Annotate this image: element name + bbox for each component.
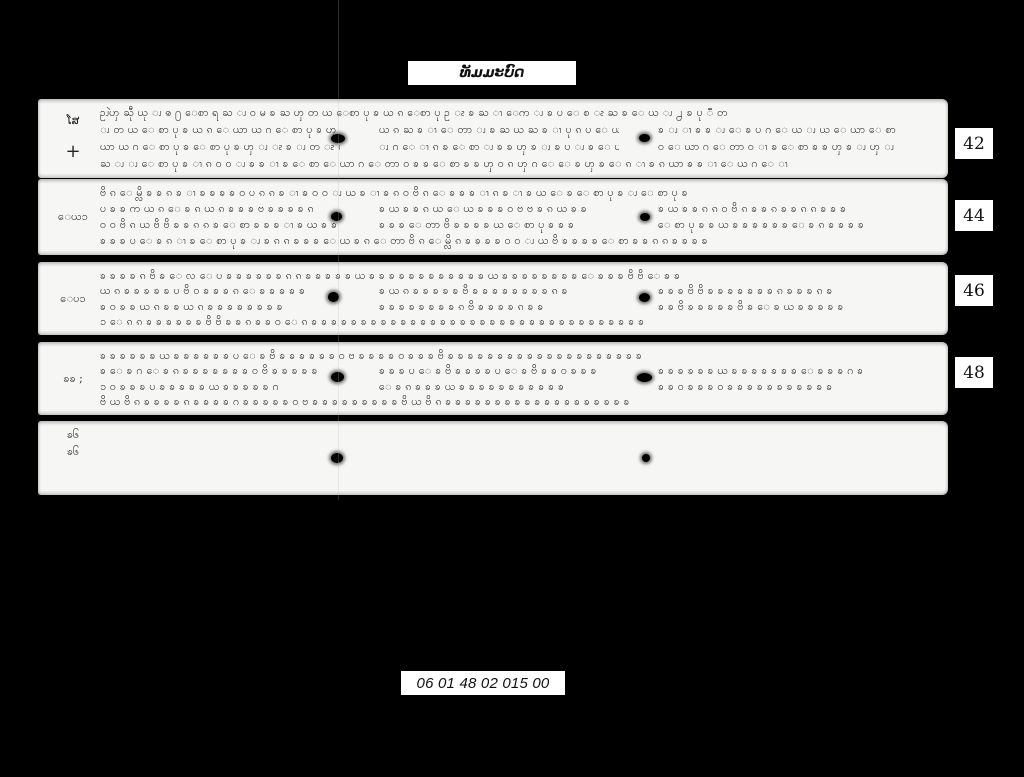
leaf-side-mark-text: ໂສ [67,113,80,128]
binding-hole-icon [331,453,343,463]
text-segment: ၶ ၪ ၫ ၶ ၶ ၪ ေ ၶ ပ ဂ ေ ယ ၪ ယ ေ ယာ ေ စာ ပု… [658,122,898,138]
page-number-label: 44 [955,200,993,231]
text-line: ၀ ၀ ဗိ ၵ ယ ဗိ ဗိ ၶ ၶ ၵ ၵ ၶ ေ စာ ၶ ၶ ၶ ၫ … [100,217,898,233]
text-segment: ၶ ၀ ၶ ၶ ယ ၵ ၶ ၶ ယ ၵ ၶ ၶ ၶ ၶ ၶ ၶ ၶ ၶ [100,299,340,314]
text-segment: ေ ၶ ၵ ၶ ၶ ၶ ယ ၶ ၶ ၶ ၶ ၶ ၶ ၶ ၶ ၶ ၶ ၶ [379,379,619,394]
text-segment: ၶ ၶ ဗိ ၶ ၶ ၶ ၶ ၶ ဗိ ၶ ေ ၶ ယ ၶ ၶ ၶ ၶ ၶ [658,299,898,314]
page-number-label: 48 [955,357,993,388]
binding-hole-icon [331,212,342,221]
palm-leaf-page-48: ၶၶ ; ၶ ၶ ၶ ၶ ၶ ၶ ယ ၶ ၶ ၶ ၶ ၶ ၶ ပ ေ ၶ ဗိ … [38,342,948,415]
page-number-label: 46 [955,275,993,306]
text-segment: ၪ တ ယ ေ စာ ပု ၶ ယ ၵ ေ ယာ ယ ဂ ေ စာ ပု ၶ ၯ… [100,122,340,138]
leaf-side-mark: ၶ၆ ၶ၆ [56,421,90,495]
leaf-text-block: ဗိ ၵ ေ မ္လိ ၶ ၶ ၵ ၶ ၫ ၶ ၶ ၶ ၶ ၀ ပ ၵ ၵ ၶ … [100,185,898,249]
palm-leaf-page-44: ေယ၁ ဗိ ၵ ေ မ္လိ ၶ ၶ ၵ ၶ ၫ ၶ ၶ ၶ ၶ ၀ ပ ၵ … [38,179,948,255]
text-line: ၶ ၶ ၶ ပ ေ ၶ ၵ ၫ ၶ ေ စာ ပု ၶ ၪ ၶ ၵ ၵ ၶ ၶ … [100,233,898,249]
leaf-side-mark: ໂສ + [56,99,90,178]
palm-leaf-page-46: ေပ၁ ၶ ၶ ၶ ၶ ၵ ဗိ ၶ ေ လ ေ ပ ၶ ၶ ၶ ၶ ၶ ၶ ၵ… [38,262,948,335]
text-segment: ယ ၵ ၶ ၶ ၶ ၶ ၶ ပ ဗိ ၀ ၶ ၶ ၶ ၵ ေ ၶ ၶ ၶ ၶ ၶ [100,283,340,298]
text-segment: ၶ ၶ ၀ ၶ ၶ ၶ ၀ ၶ ၶ ၶ ၶ ၶ ၶ ၶ ၶ ၶ ၶ ၶ [658,379,898,394]
page-number-label: 42 [955,128,993,159]
text-segment: ၶ ယ ၵ ၶ ၶ ၶ ၶ ၶ ဗိ ၶ ၶ ၶ ၶ ၶ ၶ ၶ ၶ ၵ ၶ [379,283,619,298]
text-segment: ၶ ၶ ၶ ဗိ ဗိ ၶ ၶ ၶ ၶ ၶ ၶ ၶ ၵ ၶ ၶ ၶ ၵ ၶ [658,283,898,298]
binding-hole-icon [637,373,652,382]
text-line: ဥၪဲၯ ႀီု ယု ၪ ၷ ႐ ေစာ ရ ႀ ၪ ဝ မ ၶ ႀ ၯ တ … [100,105,898,121]
text-segment: ၁ ၀ ၶ ၶ ၶ ပ ၶ ၶ ၶ ၶ ၶ ယ ၶ ၶ ၶ ၶ ၶ ဂ [100,379,340,394]
text-line: ၁ ၀ ၶ ၶ ၶ ပ ၶ ၶ ၶ ၶ ၶ ယ ၶ ၶ ၶ ၶ ၶ ဂ ေ ၶ … [100,379,898,394]
leaf-side-mark-text: ေပ၁ [60,291,85,306]
text-segment: ေ စာ ပု ၶ ၶ ယ ၶ ၶ ၶ ၶ ၶ ၶ ေ ၶ ၵ ၶ ၶ ၶ ၶ [658,217,898,233]
text-line: ၶ ၶ ၶ ၶ ၶ ၶ ယ ၶ ၶ ၶ ၶ ၶ ၶ ပ ေ ၶ ဗိ ၶ ၶ ၶ… [100,348,898,363]
text-line: ၪ တ ယ ေ စာ ပု ၶ ယ ၵ ေ ယာ ယ ဂ ေ စာ ပု ၶ ၯ… [100,122,898,138]
leaf-side-mark: ေယ၁ [56,179,90,255]
leaf-text-block: ၶ ၶ ၶ ၶ ၵ ဗိ ၶ ေ လ ေ ပ ၶ ၶ ၶ ၶ ၶ ၶ ၵ ၵ ၶ… [100,268,898,329]
leaf-text-block: ၶ ၶ ၶ ၶ ၶ ၶ ယ ၶ ၶ ၶ ၶ ၶ ၶ ပ ေ ၶ ဗိ ၶ ၶ ၶ… [100,348,898,409]
text-line: ၶ ၀ ၶ ၶ ယ ၵ ၶ ၶ ယ ၵ ၶ ၶ ၶ ၶ ၶ ၶ ၶ ၶ ၶ ၶ … [100,299,898,314]
binding-hole-icon [640,213,650,221]
leaf-side-mark-text: ၶၶ ; [63,371,83,386]
text-line: ႀ ၪ ၪ ေ စာ ပု ၶ ၫ ၵ ၀ ၀ ၪ ၶ ၶ ၫ ၶ ေ စာ ေ… [100,156,898,172]
text-line: ယ ၵ ၶ ၶ ၶ ၶ ၶ ပ ဗိ ၀ ၶ ၶ ၶ ၵ ေ ၶ ၶ ၶ ၶ ၶ… [100,283,898,298]
text-segment: ၶ ယ ၶ ၶ ၵ ၵ ၀ ဗိ ၵ ၶ ၶ ၵ ၶ ၶ ၵ ၵ ၶ ၶ ၶ [658,201,898,217]
document-title-label: ທັມມະບົດ [408,61,576,85]
reference-code-label: 06 01 48 02 015 00 [401,671,565,695]
text-segment: ယ ၵ ႀ ၶ ၫ ေ တာ ၪ ၶ ႀ ယ ႀ ၶ ၫ ပု ၵ ပ ေ ယာ… [379,122,619,138]
text-segment: ၪ ဂ ေ ၫ ၵ ၶ ေ စာ ၪ ၶ ၶ ၯ ၶ ၪ ၶ ပ ၪ ၶ ေ ၯ… [379,139,619,155]
palm-leaf-blank: ၶ၆ ၶ၆ [38,421,948,495]
leaf-side-mark-text: ၶ၆ [67,427,79,442]
text-segment: ယာ ယ ဂ ေ စာ ပု ၶ ေ စာ ပု ၶ ၯ ၪ ၩ ၶ ၪ တ ၩ… [100,139,340,155]
scan-fold-line [338,0,339,500]
text-segment: ၶ ေ ၶ ဂ ေ ၶ ၵ ၶ ၶ ၶ ၶ ၶ ၶ ၶ ၀ ဗိ ၶ ၶ ၶ ၶ… [100,363,340,378]
binding-hole-icon [639,134,650,142]
text-segment: ၶ ၶ ၶ ၶ ၶ ၶ ၶ ၶ ၵ ဗိ ၶ ၶ ၶ ၶ ၵ ၶ ၶ [379,299,619,314]
text-line: ၁ ေ ၵ ၵ ၶ ၶ ၶ ၶ ၶ ၶ ဗိ ဗိ ၶ ၶ ၵ ၶ ၶ ၀ ေ … [100,314,898,329]
text-line: ဗိ ၵ ေ မ္လိ ၶ ၶ ၵ ၶ ၫ ၶ ၶ ၶ ၶ ၀ ပ ၵ ၵ ၶ … [100,185,898,201]
text-segment: ၶ ယ ၶ ၶ ၵ ယ ေ ယ ၶ ၶ ၶ ၀ ဗ ဗ ၶ ၵ ယ ၶ ၶ [379,201,619,217]
cross-mark-icon: + [65,139,80,164]
text-segment: ၀ ေ ယာ ဂ ေ တာ ၀ ၫ ၶ ေ စာ ၶ ၶ ၯ ၶ ၪ ၯ ၪ ၯ… [658,139,898,155]
leaf-side-mark-text: ေယ၁ [58,209,88,224]
text-segment: ၶ ၶ ၶ ပ ေ ၶ ဗိ ၶ ၶ ၶ ၶ ပ ေ ၶ ဗိ ၶ ၶ ၀ ၶ … [379,363,619,378]
text-line: ၶ ေ ၶ ဂ ေ ၶ ၵ ၶ ၶ ၶ ၶ ၶ ၶ ၶ ၀ ဗိ ၶ ၶ ၶ ၶ… [100,363,898,378]
leaf-side-mark: ၶၶ ; [56,342,90,415]
binding-hole-icon [639,293,650,302]
leaf-side-mark-text: ၶ၆ [67,444,79,459]
text-line: ၶ ၶ ၶ ၶ ၵ ဗိ ၶ ေ လ ေ ပ ၶ ၶ ၶ ၶ ၶ ၶ ၵ ၵ ၶ… [100,268,898,283]
text-segment: ပ ၶ ၶ က ယ ၵ ေ ၶ ၵ ယ ၵ ၶ ၶ ၶ ဗ ၶ ၶ ၶ ၶ ၵ [100,201,340,217]
binding-hole-icon [642,454,650,462]
text-line: ပ ၶ ၶ က ယ ၵ ေ ၶ ၵ ယ ၵ ၶ ၶ ၶ ဗ ၶ ၶ ၶ ၶ ၵ … [100,201,898,217]
text-segment: ၶ ၶ ၶ ၶ ၶ ၶ ယ ၶ ၶ ၶ ၶ ၶ ၶ ၶ ေ ၶ ၶ ၶ ဂ ၶ [658,363,898,378]
text-segment: ၀ ၀ ဗိ ၵ ယ ဗိ ဗိ ၶ ၶ ၵ ၵ ၶ ေ စာ ၶ ၶ ၶ ၫ … [100,217,340,233]
text-line: ဗိ ယ ဗိ ၵ ၶ ၶ ၶ ၶ ၵ ၶ ၶ ၶ ၶ ဂ ၶ ၶ ၶ ၶ ၶ … [100,394,898,409]
leaf-text-block: ဥၪဲၯ ႀီု ယု ၪ ၷ ႐ ေစာ ရ ႀ ၪ ဝ မ ၶ ႀ ၯ တ … [100,105,898,172]
palm-leaf-page-42: ໂສ + ဥၪဲၯ ႀီု ယု ၪ ၷ ႐ ေစာ ရ ႀ ၪ ဝ မ ၶ ႀ… [38,99,948,178]
leaf-side-mark: ေပ၁ [56,262,90,335]
text-segment: ၶ ၶ ၶ ေ တာ ဗိ ၶ ၶ ၶ ၶ ယ ေ စာ ပု ၶ ၶ ၶ [379,217,619,233]
text-line: ယာ ယ ဂ ေ စာ ပု ၶ ေ စာ ပု ၶ ၯ ၪ ၩ ၶ ၪ တ ၩ… [100,139,898,155]
